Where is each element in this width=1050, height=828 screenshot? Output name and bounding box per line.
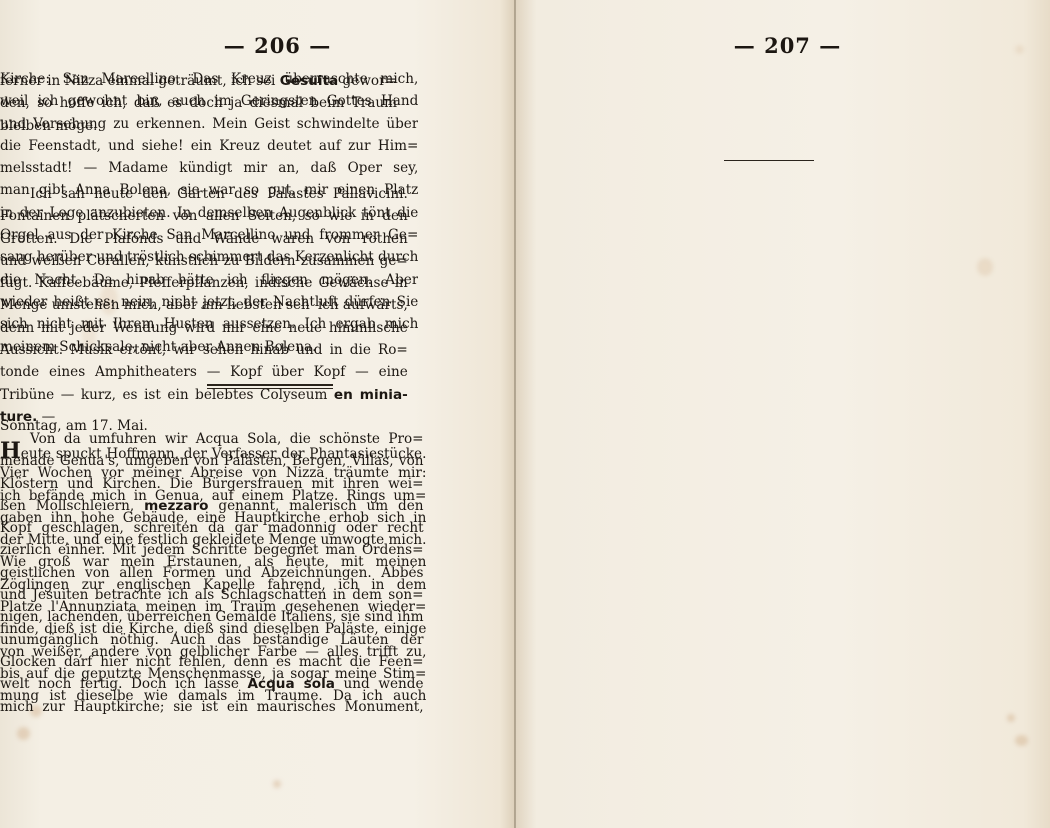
text-line: mich zur Hauptkirche; sie ist ein mauris… (0, 696, 424, 718)
text-line: Menge umstehen mich, aber am liebsten se… (0, 294, 408, 316)
right-paragraph-2: Ich sah heute den Garten des Palastes Pa… (0, 183, 408, 428)
text-line: Ich sah heute den Garten des Palastes Pa… (0, 183, 408, 205)
text-line: zierlich einher. Mit jedem Schritte bege… (0, 539, 424, 561)
text-line: Tribüne — kurz, es ist ein belebtes Coly… (0, 384, 408, 406)
text-line: unumgänglich nöthig. Auch das beständige… (0, 629, 424, 651)
text-line: und Jesuiten betrachte ich als Schlagsch… (0, 584, 424, 606)
right-page: — 207 — (515, 0, 1050, 828)
text-line: Kopf geschlagen, schreiten da gar madonn… (0, 517, 424, 539)
text-line: melsstadt! — Madame kündigt mir an, daß … (0, 157, 418, 179)
book-spread: — 206 — — 207 — Kirche: San Marcellino. … (0, 0, 1050, 828)
text-line: welt noch fertig. Doch ich lasse Acqua s… (0, 673, 424, 695)
text-line: Glocken darf hier nicht fehlen, denn es … (0, 651, 424, 673)
text-line: denn mit jeder Wendung wird mir eine neu… (0, 317, 408, 339)
text-line: tonde eines Amphitheaters — Kopf über Ko… (0, 361, 408, 383)
text-line: Aussicht. Musik ertönt, wir sehen hinab … (0, 339, 408, 361)
text-line: ture. — (0, 406, 408, 428)
page-number: — 207 — (525, 33, 1050, 58)
text-line: ferner in Nizza einmal geträumt, ich sei… (0, 70, 397, 92)
text-line: den, so hoffe ich, daß es doch ja diesma… (0, 92, 397, 114)
page-number: — 206 — (40, 33, 515, 58)
text-line: menade Genua's, umgeben von Palästen, Be… (0, 450, 424, 472)
foxing-stain (1007, 714, 1015, 722)
text-line: Grotten. Die Plafonds und Wände waren vo… (0, 228, 408, 250)
text-line: die Feenstadt, und siehe! ein Kreuz deut… (0, 135, 418, 157)
section-divider-rule (724, 160, 814, 161)
text-line: fügt. Kaffeebäume, Pfefferpflanzen, indi… (0, 272, 408, 294)
book-gutter (514, 0, 516, 828)
text-line: und weißen Corallen, künstlich zu Bilder… (0, 250, 408, 272)
foxing-stain (17, 727, 30, 740)
text-line: nigen, lachenden, überreichen Gemälde It… (0, 606, 424, 628)
text-line: Von da umfuhren wir Acqua Sola, die schö… (0, 428, 424, 450)
text-line: geistlichen von allen Formen und Abzeich… (0, 562, 424, 584)
foxing-stain (273, 780, 281, 788)
text-line: Fontainen plätscherten von allen Seiten,… (0, 205, 408, 227)
text-line: ßen Mollschleiern, mezzaro genannt, male… (0, 495, 424, 517)
foxing-stain (1015, 735, 1028, 746)
text-line: bleiben möge. (0, 115, 397, 137)
text-line: Klöstern und Kirchen. Die Bürgersfrauen … (0, 473, 424, 495)
right-paragraph-3: Von da umfuhren wir Acqua Sola, die schö… (0, 428, 424, 718)
foxing-stain (977, 258, 993, 276)
right-paragraph-1: ferner in Nizza einmal geträumt, ich sei… (0, 70, 397, 137)
